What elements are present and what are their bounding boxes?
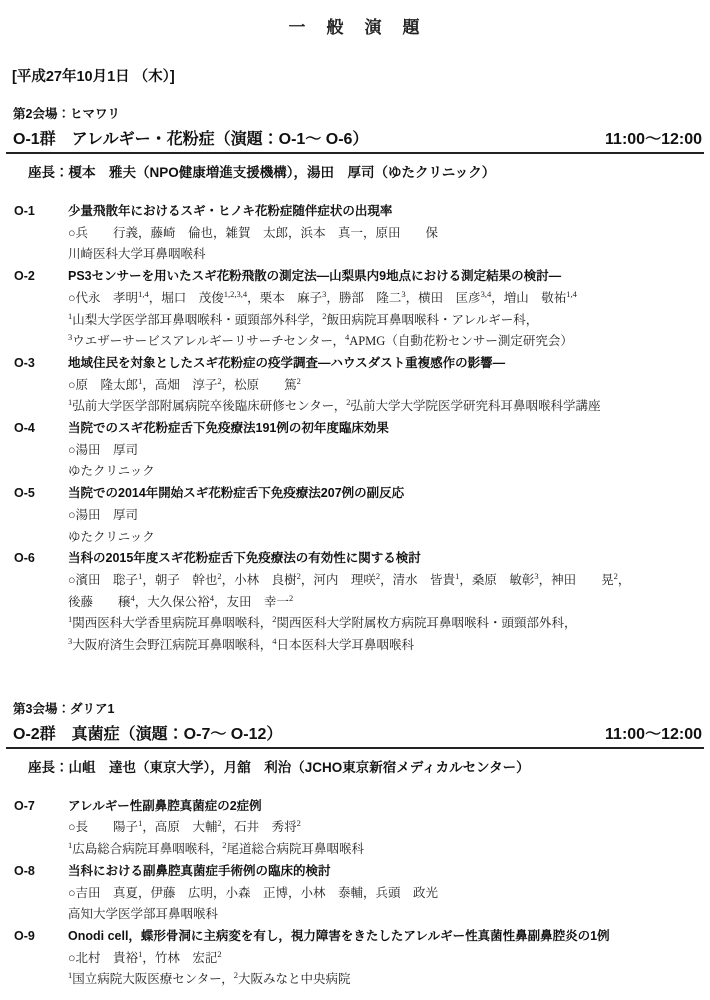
presentation-title: 当科における副鼻腔真菌症手術例の臨床的検討 — [68, 861, 335, 883]
presentation-detail-line: 高知大学医学部耳鼻咽喉科 — [68, 904, 710, 926]
chairs-line: 座長：榎本 雅夫（NPO健康増進支援機構），湯田 厚司（ゆたクリニック） — [28, 161, 698, 181]
presentation-head: O-8 当科における副鼻腔真菌症手術例の臨床的検討 — [0, 861, 710, 883]
presentation-head: O-9 Onodi cell，蝶形骨洞に主病変を有し，視力障害をきたしたアレルギ… — [0, 926, 710, 948]
presentation-head: O-1 少量飛散年におけるスギ・ヒノキ花粉症随伴症状の出現率 — [0, 201, 710, 223]
presentation-number: O-4 — [14, 418, 68, 440]
presentation-detail-line: ゆたクリニック — [68, 527, 710, 549]
presentation-item: O-4 当院でのスギ花粉症舌下免疫療法191例の初年度臨床効果 ○湯田 厚司ゆた… — [0, 418, 710, 483]
presentation-detail-line: ○北村 貴裕1，竹林 宏記2 — [68, 948, 710, 970]
venue-label: 第3会場：ダリア1 — [13, 699, 710, 717]
presentation-body: ○長 陽子1，高原 大輔2，石井 秀将21広島総合病院耳鼻咽喉科，2尾道総合病院… — [0, 817, 710, 860]
presentation-detail-line: 川崎医科大学耳鼻咽喉科 — [68, 244, 710, 266]
group-heading-row: O-2群 真菌症（演題：O-7～ O-12） 11:00～12:00 — [13, 721, 702, 744]
group-title: O-1群 アレルギー・花粉症（演題：O-1～ O-6） — [13, 126, 368, 149]
chairs-line: 座長：山岨 達也（東京大学），月舘 利治（JCHO東京新宿メディカルセンター） — [28, 756, 698, 776]
page-title: 一 般 演 題 — [0, 0, 710, 38]
presentation-detail-line: 1広島総合病院耳鼻咽喉科，2尾道総合病院耳鼻咽喉科 — [68, 839, 710, 861]
presentation-number: O-1 — [14, 201, 68, 223]
presentation-detail-line: ○湯田 厚司 — [68, 505, 710, 527]
presentation-item: O-2 PS3センサーを用いたスギ花粉飛散の測定法―山梨県内9地点における測定結… — [0, 266, 710, 353]
presentation-title: 地域住民を対象としたスギ花粉症の疫学調査―ハウスダスト重複感作の影響― — [68, 353, 509, 375]
presentation-item: O-8 当科における副鼻腔真菌症手術例の臨床的検討 ○吉田 真夏，伊藤 広明，小… — [0, 861, 710, 926]
presentation-detail-line: ○兵 行義，藤崎 倫也，雑賀 太郎，浜本 真一，原田 保 — [68, 223, 710, 245]
presentation-number: O-9 — [14, 926, 68, 948]
presentation-title: PS3センサーを用いたスギ花粉飛散の測定法―山梨県内9地点における測定結果の検討… — [68, 266, 565, 288]
presentation-head: O-4 当院でのスギ花粉症舌下免疫療法191例の初年度臨床効果 — [0, 418, 710, 440]
presentation-item: O-7 アレルギー性副鼻腔真菌症の2症例 ○長 陽子1，高原 大輔2，石井 秀将… — [0, 796, 710, 861]
presentation-detail-line: 1関西医科大学香里病院耳鼻咽喉科，2関西医科大学附属枚方病院耳鼻咽喉科・頭頸部外… — [68, 613, 710, 635]
presentation-body: ○原 隆太郎1，高畑 淳子2，松原 篤21弘前大学医学部附属病院卒後臨床研修セン… — [0, 375, 710, 418]
presentation-body: ○湯田 厚司ゆたクリニック — [0, 505, 710, 548]
presentation-item: O-1 少量飛散年におけるスギ・ヒノキ花粉症随伴症状の出現率 ○兵 行義，藤崎 … — [0, 201, 710, 266]
presentation-title: 当院での2014年開始スギ花粉症舌下免疫療法207例の副反応 — [68, 483, 408, 505]
presentation-item: O-5 当院での2014年開始スギ花粉症舌下免疫療法207例の副反応 ○湯田 厚… — [0, 483, 710, 548]
program-page: 一 般 演 題 [平成27年10月1日 （木）] 第2会場：ヒマワリ O-1群 … — [0, 0, 710, 1000]
presentation-body: ○北村 貴裕1，竹林 宏記21国立病院大阪医療センター，2大阪みなと中央病院 — [0, 948, 710, 991]
presentation-detail-line: 3ウエザーサービスアレルギーリサーチセンター，4APMG（自動花粉センサー測定研… — [68, 331, 710, 353]
presentation-number: O-8 — [14, 861, 68, 883]
presentation-body: ○吉田 真夏，伊藤 広明，小森 正博，小林 泰輔，兵頭 政光高知大学医学部耳鼻咽… — [0, 883, 710, 926]
presentation-number: O-6 — [14, 548, 68, 570]
divider-rule — [6, 152, 704, 154]
presentation-title: 当院でのスギ花粉症舌下免疫療法191例の初年度臨床効果 — [68, 418, 393, 440]
presentation-detail-line: 1国立病院大阪医療センター，2大阪みなと中央病院 — [68, 969, 710, 991]
presentation-head: O-3 地域住民を対象としたスギ花粉症の疫学調査―ハウスダスト重複感作の影響― — [0, 353, 710, 375]
presentation-title: Onodi cell，蝶形骨洞に主病変を有し，視力障害をきたしたアレルギー性真菌… — [68, 926, 614, 948]
presentation-number: O-3 — [14, 353, 68, 375]
presentation-title: 少量飛散年におけるスギ・ヒノキ花粉症随伴症状の出現率 — [68, 201, 396, 223]
presentation-detail-line: ○長 陽子1，高原 大輔2，石井 秀将2 — [68, 817, 710, 839]
presentation-detail-line: ○代永 孝明1,4，堀口 茂俊1,2,3,4，栗本 麻子3，勝部 隆二3，横田 … — [68, 288, 710, 310]
presentation-item: O-3 地域住民を対象としたスギ花粉症の疫学調査―ハウスダスト重複感作の影響― … — [0, 353, 710, 418]
sessions-container: 第2会場：ヒマワリ O-1群 アレルギー・花粉症（演題：O-1～ O-6） 11… — [0, 104, 710, 991]
presentation-number: O-5 — [14, 483, 68, 505]
presentation-body: ○濱田 聡子1，朝子 幹也2，小林 良樹2，河内 理咲2，清水 皆貴1，桑原 敏… — [0, 570, 710, 657]
presentation-detail-line: ゆたクリニック — [68, 461, 710, 483]
group-time: 11:00～12:00 — [605, 721, 702, 744]
presentation-body: ○代永 孝明1,4，堀口 茂俊1,2,3,4，栗本 麻子3，勝部 隆二3，横田 … — [0, 288, 710, 353]
presentation-number: O-2 — [14, 266, 68, 288]
venue-label: 第2会場：ヒマワリ — [13, 104, 710, 122]
presentation-body: ○湯田 厚司ゆたクリニック — [0, 440, 710, 483]
presentation-detail-line: ○湯田 厚司 — [68, 440, 710, 462]
presentation-list: O-7 アレルギー性副鼻腔真菌症の2症例 ○長 陽子1，高原 大輔2，石井 秀将… — [0, 796, 710, 991]
presentation-detail-line: ○原 隆太郎1，高畑 淳子2，松原 篤2 — [68, 375, 710, 397]
group-time: 11:00～12:00 — [605, 126, 702, 149]
presentation-title: 当科の2015年度スギ花粉症舌下免疫療法の有効性に関する検討 — [68, 548, 425, 570]
presentation-detail-line: 後藤 穣4，大久保公裕4，友田 幸一2 — [68, 592, 710, 614]
session-block: 第3会場：ダリア1 O-2群 真菌症（演題：O-7～ O-12） 11:00～1… — [0, 699, 710, 991]
presentation-title: アレルギー性副鼻腔真菌症の2症例 — [68, 796, 266, 818]
presentation-detail-line: ○濱田 聡子1，朝子 幹也2，小林 良樹2，河内 理咲2，清水 皆貴1，桑原 敏… — [68, 570, 710, 592]
session-block: 第2会場：ヒマワリ O-1群 アレルギー・花粉症（演題：O-1～ O-6） 11… — [0, 104, 710, 657]
divider-rule — [6, 747, 704, 749]
group-title: O-2群 真菌症（演題：O-7～ O-12） — [13, 721, 282, 744]
presentation-detail-line: 1弘前大学医学部附属病院卒後臨床研修センター，2弘前大学大学院医学研究科耳鼻咽喉… — [68, 396, 710, 418]
group-heading-row: O-1群 アレルギー・花粉症（演題：O-1～ O-6） 11:00～12:00 — [13, 126, 702, 149]
presentation-head: O-2 PS3センサーを用いたスギ花粉飛散の測定法―山梨県内9地点における測定結… — [0, 266, 710, 288]
presentation-body: ○兵 行義，藤崎 倫也，雑賀 太郎，浜本 真一，原田 保川崎医科大学耳鼻咽喉科 — [0, 223, 710, 266]
presentation-number: O-7 — [14, 796, 68, 818]
presentation-detail-line: 1山梨大学医学部耳鼻咽喉科・頭頸部外科学，2飯田病院耳鼻咽喉科・アレルギー科， — [68, 310, 710, 332]
presentation-head: O-6 当科の2015年度スギ花粉症舌下免疫療法の有効性に関する検討 — [0, 548, 710, 570]
presentation-head: O-7 アレルギー性副鼻腔真菌症の2症例 — [0, 796, 710, 818]
date-heading: [平成27年10月1日 （木）] — [12, 65, 710, 86]
presentation-item: O-6 当科の2015年度スギ花粉症舌下免疫療法の有効性に関する検討 ○濱田 聡… — [0, 548, 710, 657]
presentation-item: O-9 Onodi cell，蝶形骨洞に主病変を有し，視力障害をきたしたアレルギ… — [0, 926, 710, 991]
presentation-head: O-5 当院での2014年開始スギ花粉症舌下免疫療法207例の副反応 — [0, 483, 710, 505]
presentation-list: O-1 少量飛散年におけるスギ・ヒノキ花粉症随伴症状の出現率 ○兵 行義，藤崎 … — [0, 201, 710, 657]
presentation-detail-line: ○吉田 真夏，伊藤 広明，小森 正博，小林 泰輔，兵頭 政光 — [68, 883, 710, 905]
presentation-detail-line: 3大阪府済生会野江病院耳鼻咽喉科，4日本医科大学耳鼻咽喉科 — [68, 635, 710, 657]
